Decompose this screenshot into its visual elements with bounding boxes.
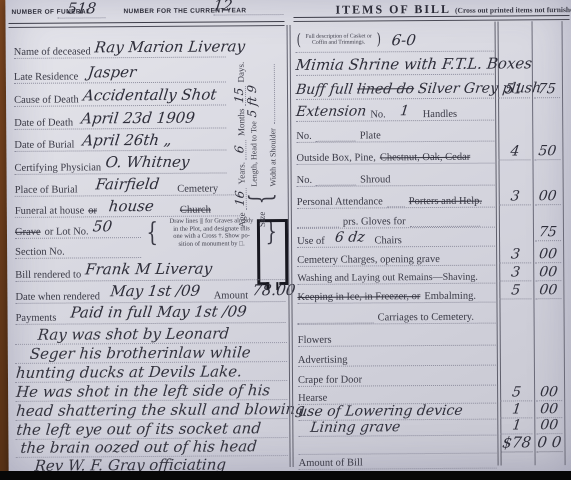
casket-plush-row: Buff full lined do Silver Grey plush — [296, 75, 494, 100]
plush-cents-value: 75 — [537, 82, 556, 96]
hearse-cents: 00 — [536, 383, 562, 401]
handles-no-label: No. — [370, 109, 386, 120]
washing-dollars: 3 — [499, 263, 531, 281]
note-line: Seger his brotherinlaw while — [15, 343, 289, 364]
bill-rendered-to-label: Bill rendered to — [15, 269, 81, 280]
plate-row: No. Plate — [296, 121, 494, 143]
personal-attendance-row: Personal Attendance Porters and Help. — [297, 186, 495, 209]
late-residence-value: Jasper — [87, 65, 137, 80]
plush-struck: lined do — [356, 82, 415, 96]
amount-of-bill-label: Amount of Bill — [299, 457, 363, 468]
funeral-record-form: Number of Funeral 518 Number for the Cur… — [5, 0, 571, 475]
payments-label: Payments — [16, 313, 57, 324]
lot-no-label: or Lot No. — [45, 226, 89, 237]
items-of-bill-title: ITEMS OF BILL — [335, 2, 451, 17]
cause-of-death-label: Cause of Death — [14, 94, 79, 105]
chairs-cents-value: 75 — [538, 225, 557, 239]
age-label: Age — [237, 212, 247, 227]
porters-struck: Porters and Help. — [409, 196, 482, 208]
gloves-label: prs. Gloves for — [343, 216, 406, 227]
embalming-cents: 00 — [535, 281, 561, 299]
flowers-label: Flowers — [298, 335, 332, 346]
embalming-cents-value: 00 — [539, 283, 558, 297]
funeral-number-value: 518 — [66, 1, 96, 16]
crape-row: Crape for Door — [298, 366, 496, 387]
funeral-at-value: house — [108, 199, 155, 214]
funeral-number-field: 518 — [57, 0, 105, 18]
cemetery-label: Cemetery — [177, 184, 218, 195]
size-label: Size — [257, 212, 267, 228]
hearse-row: Hearse — [298, 386, 496, 405]
attendance-dollars: 3 — [499, 187, 531, 205]
shroud-row: No. Shroud — [297, 164, 495, 187]
lowering-dollars-value: 1 — [511, 402, 522, 416]
items-of-bill-heading: ITEMS OF BILL (Cross out printed items n… — [335, 0, 571, 19]
total-dollars: $78 — [500, 434, 532, 452]
grave-note-brace-left: { — [146, 223, 158, 243]
advertising-label: Advertising — [298, 355, 348, 366]
date-of-burial-label: Date of Burial — [14, 140, 74, 151]
chairs-row: Use of 6 dz Chairs — [297, 228, 495, 248]
outside-box-row: Outside Box, Pine, Chestnut, Oak, Cedar — [296, 142, 494, 165]
hearse-cents-value: 00 — [539, 385, 558, 399]
lining-dollars-value: 1 — [511, 418, 522, 432]
funeral-at-label: Funeral at house — [15, 205, 84, 216]
gloves-row: prs. Gloves for — [297, 208, 495, 229]
outside-box-struck: Chestnut, Oak, Cedar — [380, 152, 470, 164]
church-label: Church — [180, 205, 211, 216]
size-brace: { — [247, 193, 277, 205]
payments-value: Paid in full May 1st /09 — [70, 304, 248, 320]
embalming-dollars-value: 5 — [510, 283, 521, 297]
grave-lot-value: 50 — [92, 219, 113, 234]
note-line: hunting ducks at Devils Lake. — [15, 362, 289, 383]
amount-of-bill-row: Amount of Bill — [299, 454, 497, 470]
cause-of-death-row: Cause of Death Accidentally Shot — [14, 82, 226, 106]
casket-paren-note: ( Full description of Casket or Coffin a… — [296, 29, 382, 50]
total-dollars-value: $78 — [501, 435, 531, 450]
embalming-struck: Keeping in Ice, in Freezer, or — [297, 291, 420, 303]
date-of-death-row: Date of Death April 23d 1909 — [14, 105, 226, 129]
lining-grave-row: Lining grave — [298, 420, 496, 437]
length-label: Length, Head to Toe — [249, 121, 258, 187]
hearse-dollars-value: 5 — [511, 385, 522, 399]
certifying-physician-row: Certifying Physician O. Whitney — [14, 150, 226, 174]
section-row: Section No. — [15, 240, 141, 259]
plush-cents: 75 — [534, 80, 560, 98]
casket-paren-line2: Coffin and Trimmings. — [302, 39, 376, 46]
outside-box-cents-value: 50 — [538, 144, 557, 158]
washing-label: Washing and Laying out Remains—Shaving. — [297, 272, 478, 284]
late-residence-row: Late Residence Jasper — [14, 57, 226, 83]
embalming-label: Embalming. — [424, 291, 476, 302]
handles-row: Extension No. 1 Handles — [296, 99, 494, 122]
bill-rendered-to-value: Frank M Liveray — [84, 262, 213, 278]
section-label: Section No. — [15, 247, 65, 258]
cemetery-dollars-value: 3 — [510, 247, 521, 261]
certifying-physician-value: O. Whitney — [104, 155, 190, 171]
note-line: head shattering the skull and blowing — [15, 400, 289, 421]
current-year-number-value: 12 — [213, 0, 234, 14]
chairs-cents: 75 — [535, 223, 561, 241]
lining-cents: 00 — [536, 416, 562, 434]
hearse-dollars: 5 — [500, 383, 532, 401]
lining-grave-value: Lining grave — [310, 420, 402, 435]
lowering-cents-value: 00 — [539, 402, 558, 416]
carriages-row: Carriages to Cemetery. — [297, 303, 495, 325]
extension-value: Extension — [295, 104, 367, 119]
outside-box-dollars-value: 4 — [509, 144, 520, 158]
grave-note-line4: sition of monument by □. — [161, 240, 263, 248]
date-of-burial-value: April 26th „ — [82, 133, 173, 149]
carriages-blank — [298, 313, 374, 324]
plate-no-label: No. — [296, 131, 312, 142]
date-of-death-value: April 23d 1909 — [80, 111, 195, 127]
chairs-use-of-label: Use of — [297, 236, 325, 247]
plush-dollars-value: 51 — [504, 82, 523, 96]
name-of-deceased-value: Ray Marion Liveray — [94, 39, 246, 55]
funeral-at-row: Funeral at house or house Church — [15, 195, 240, 218]
shroud-no-label: No. — [297, 175, 313, 186]
length-value: 5 ft 9 — [245, 84, 257, 118]
gloves-qty-blank — [297, 218, 339, 228]
current-year-number-field: 12 — [213, 0, 283, 16]
note-line: Ray was shot by Leonard — [15, 324, 289, 345]
certifying-physician-label: Certifying Physician — [14, 162, 101, 174]
bill-rendered-to-row: Bill rendered to Frank M Liveray — [15, 257, 285, 282]
grave-struck-label: Grave — [15, 227, 41, 238]
outside-box-cents: 50 — [534, 142, 560, 160]
name-of-deceased-row: Name of deceased Ray Marion Liveray — [14, 31, 226, 58]
casket-size-value: 6-0 — [391, 33, 417, 48]
casket-make-value: Mimia Shrine with F.T.L. Boxes — [295, 56, 533, 73]
late-residence-label: Late Residence — [14, 71, 79, 82]
washing-dollars-value: 3 — [510, 265, 521, 279]
place-of-burial-row: Place of Burial Fairfield Cemetery — [15, 173, 240, 197]
chairs-label: Chairs — [374, 235, 401, 246]
grave-note-line3: one with a Cross †. Show po- — [161, 232, 263, 240]
cemetery-charges-row: Cemetery Charges, opening grave — [297, 247, 495, 267]
personal-attendance-label: Personal Attendance — [297, 196, 383, 208]
width-label: Width at Shoulder — [268, 128, 277, 186]
funeral-at-or-label: or — [88, 205, 97, 216]
lowering-device-value: use of Lowering device — [297, 404, 463, 419]
date-when-rendered-value: May 1st /09 — [109, 284, 200, 300]
plush-dollars: 51 — [498, 80, 530, 98]
chairs-qty-value: 6 dz — [334, 230, 365, 244]
total-blank-row — [298, 436, 496, 455]
items-of-bill-subtitle: (Cross out printed items not furnished). — [455, 5, 571, 15]
date-when-rendered-row: Date when rendered May 1st /09 Amount 78… — [15, 280, 285, 304]
cemetery-dollars: 3 — [499, 245, 531, 263]
outside-box-label: Outside Box, Pine, — [296, 152, 375, 164]
washing-cents-value: 00 — [539, 265, 558, 279]
attendance-cents-value: 00 — [538, 189, 557, 203]
casket-paren-right: ) — [376, 29, 381, 49]
attendance-blank — [387, 197, 405, 207]
grave-lot-row: Grave or Lot No. 50 — [15, 217, 141, 239]
photo-bottom-edge — [0, 471, 571, 480]
total-cents: 0 0 — [536, 434, 562, 452]
date-of-burial-row: Date of Burial April 26th „ — [14, 128, 226, 151]
advertising-row: Advertising — [298, 346, 496, 367]
casket-make-row: Mimia Shrine with F.T.L. Boxes — [296, 52, 494, 76]
note-line: He was shot in the left side of his — [15, 381, 289, 402]
place-of-burial-label: Place of Burial — [15, 184, 78, 195]
extension-no-value: 1 — [399, 104, 410, 118]
shroud-label: Shroud — [360, 174, 390, 185]
carriages-label: Carriages to Cemetery. — [378, 312, 474, 324]
total-cents-value: 0 0 — [537, 435, 563, 450]
size-sidebar: Size { Length, Head to Toe 5 ft 9 Width … — [246, 22, 277, 227]
attendance-cents: 00 — [535, 187, 561, 205]
plate-no-blank — [316, 132, 356, 142]
casket-description-row: ( Full description of Casket or Coffin a… — [296, 26, 494, 53]
gloves-for-blank — [410, 217, 480, 227]
cause-of-death-value: Accidentally Shot — [82, 88, 217, 104]
flowers-row: Flowers — [298, 324, 496, 347]
hearse-label: Hearse — [298, 393, 327, 404]
cemetery-cents-value: 00 — [538, 247, 557, 261]
attendance-dollars-value: 3 — [509, 189, 520, 203]
outside-box-dollars: 4 — [498, 142, 530, 160]
plate-label: Plate — [360, 130, 381, 141]
payments-row: Payments Paid in full May 1st /09 — [15, 302, 285, 325]
date-of-death-label: Date of Death — [14, 118, 73, 129]
washing-row: Washing and Laying out Remains—Shaving. — [297, 266, 495, 285]
cemetery-cents: 00 — [535, 245, 561, 263]
crape-label: Crape for Door — [298, 374, 362, 385]
plush-pre: Buff full — [295, 83, 353, 97]
washing-cents: 00 — [535, 263, 561, 281]
embalming-row: Keeping in Ice, in Freezer, or Embalming… — [297, 284, 495, 304]
place-of-burial-value: Fairfield — [95, 177, 160, 192]
shroud-no-blank — [316, 176, 356, 186]
cemetery-charges-label: Cemetery Charges, opening grave — [297, 254, 440, 266]
lining-cents-value: 00 — [540, 418, 559, 432]
name-of-deceased-label: Name of deceased — [14, 46, 91, 58]
handles-label: Handles — [423, 109, 457, 120]
amount-label: Amount — [214, 290, 248, 301]
date-when-rendered-label: Date when rendered — [15, 291, 100, 303]
casket-paren-left: ( — [297, 30, 302, 50]
lining-dollars: 1 — [500, 416, 532, 434]
width-blank — [266, 64, 274, 124]
embalming-dollars: 5 — [499, 281, 531, 299]
